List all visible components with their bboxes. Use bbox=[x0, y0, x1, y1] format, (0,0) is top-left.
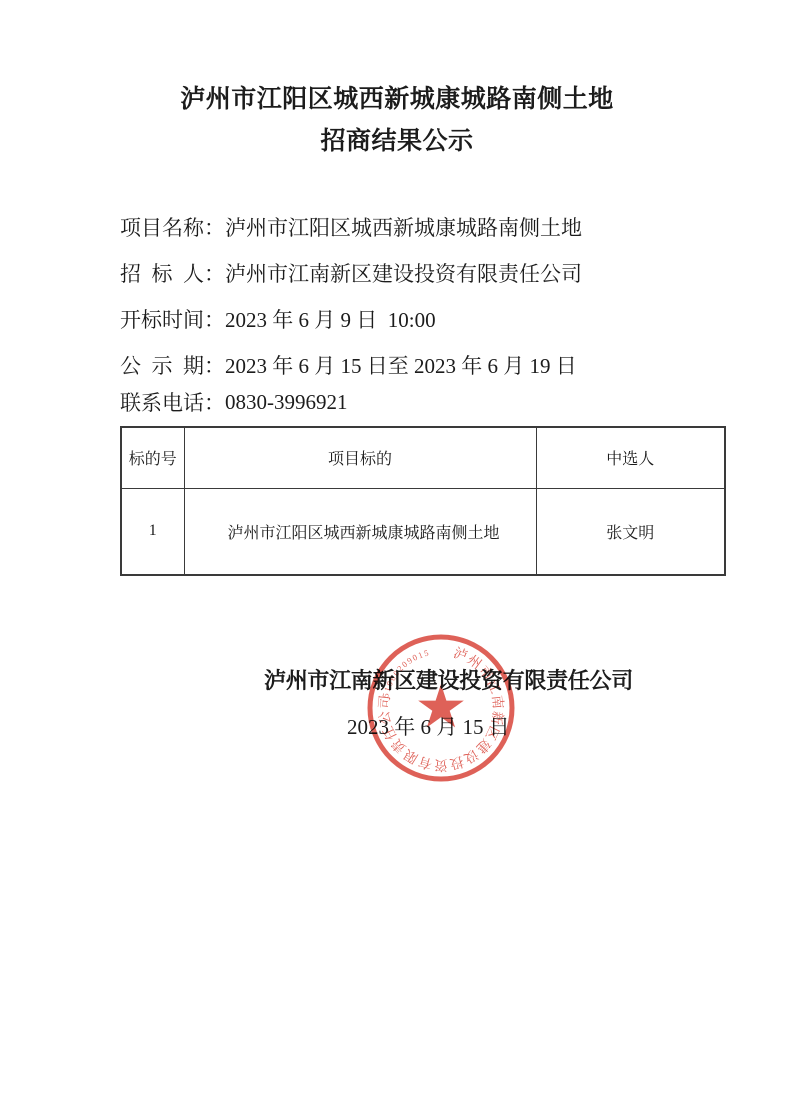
field-bid-opening-time-value: 2023 年 6 月 9 日 10:00 bbox=[225, 304, 436, 334]
table-row: 1 泸州市江阳区城西新城康城路南侧土地 张文明 bbox=[121, 488, 725, 575]
svg-text:泸: 泸 bbox=[452, 644, 470, 664]
field-bid-opening-time-label: 开标时间： bbox=[120, 304, 225, 334]
field-publicity-period-value: 2023 年 6 月 15 日至 2023 年 6 月 19 日 bbox=[225, 350, 577, 380]
field-tenderer: 招 标 人：泸州市江南新区建设投资有限责任公司 bbox=[120, 250, 582, 296]
svg-text:投: 投 bbox=[448, 754, 466, 773]
document-page: 泸州市江阳区城西新城康城路南侧土地 招商结果公示 项目名称：泸州市江阳区城西新城… bbox=[0, 0, 794, 1107]
svg-text:司: 司 bbox=[376, 695, 392, 710]
document-title: 泸州市江阳区城西新城康城路南侧土地 招商结果公示 bbox=[0, 79, 794, 163]
document-title-line2: 招商结果公示 bbox=[0, 121, 794, 163]
signature-date: 2023 年 6 月 15 日 bbox=[347, 711, 510, 741]
header-winner: 中选人 bbox=[536, 427, 725, 488]
field-contact-phone-label: 联系电话： bbox=[120, 387, 225, 417]
field-tenderer-value: 泸州市江南新区建设投资有限责任公司 bbox=[225, 258, 582, 288]
field-project-name-label: 项目名称： bbox=[120, 212, 225, 242]
svg-text:有: 有 bbox=[417, 754, 434, 772]
field-contact-phone: 联系电话：0830-3996921 bbox=[120, 379, 582, 425]
field-publicity-period-label: 公 示 期： bbox=[120, 350, 225, 380]
cell-winner: 张文明 bbox=[536, 488, 725, 575]
field-project-name-value: 泸州市江阳区城西新城康城路南侧土地 bbox=[225, 212, 582, 242]
field-tenderer-label: 招 标 人： bbox=[120, 258, 225, 288]
svg-text:资: 资 bbox=[434, 758, 448, 773]
svg-text:设: 设 bbox=[461, 746, 481, 766]
field-bid-opening-time: 开标时间：2023 年 6 月 9 日 10:00 bbox=[120, 296, 582, 342]
svg-text:0: 0 bbox=[411, 652, 419, 663]
svg-text:1: 1 bbox=[417, 649, 425, 660]
table-header-row: 标的号 项目标的 中选人 bbox=[121, 427, 725, 488]
header-project-subject: 项目标的 bbox=[184, 427, 536, 488]
field-project-name: 项目名称：泸州市江阳区城西新城康城路南侧土地 bbox=[120, 204, 582, 250]
svg-text:限: 限 bbox=[401, 746, 421, 766]
svg-text:5: 5 bbox=[423, 648, 430, 659]
result-table: 标的号 项目标的 中选人 1 泸州市江阳区城西新城康城路南侧土地 张文明 bbox=[120, 426, 726, 576]
seal-ring bbox=[370, 637, 512, 779]
company-seal: 泸州市江南新区建设投资有限责任公司51060209015 bbox=[365, 632, 517, 784]
header-bid-number: 标的号 bbox=[121, 427, 184, 488]
field-contact-phone-value: 0830-3996921 bbox=[225, 390, 348, 415]
signature-company: 泸州市江南新区建设投资有限责任公司 bbox=[264, 664, 633, 695]
document-title-line1: 泸州市江阳区城西新城康城路南侧土地 bbox=[0, 79, 794, 121]
svg-text:南: 南 bbox=[490, 694, 507, 709]
cell-project-subject: 泸州市江阳区城西新城康城路南侧土地 bbox=[184, 488, 536, 575]
cell-bid-number: 1 bbox=[121, 488, 184, 575]
info-fields: 项目名称：泸州市江阳区城西新城康城路南侧土地 招 标 人：泸州市江南新区建设投资… bbox=[120, 204, 582, 425]
